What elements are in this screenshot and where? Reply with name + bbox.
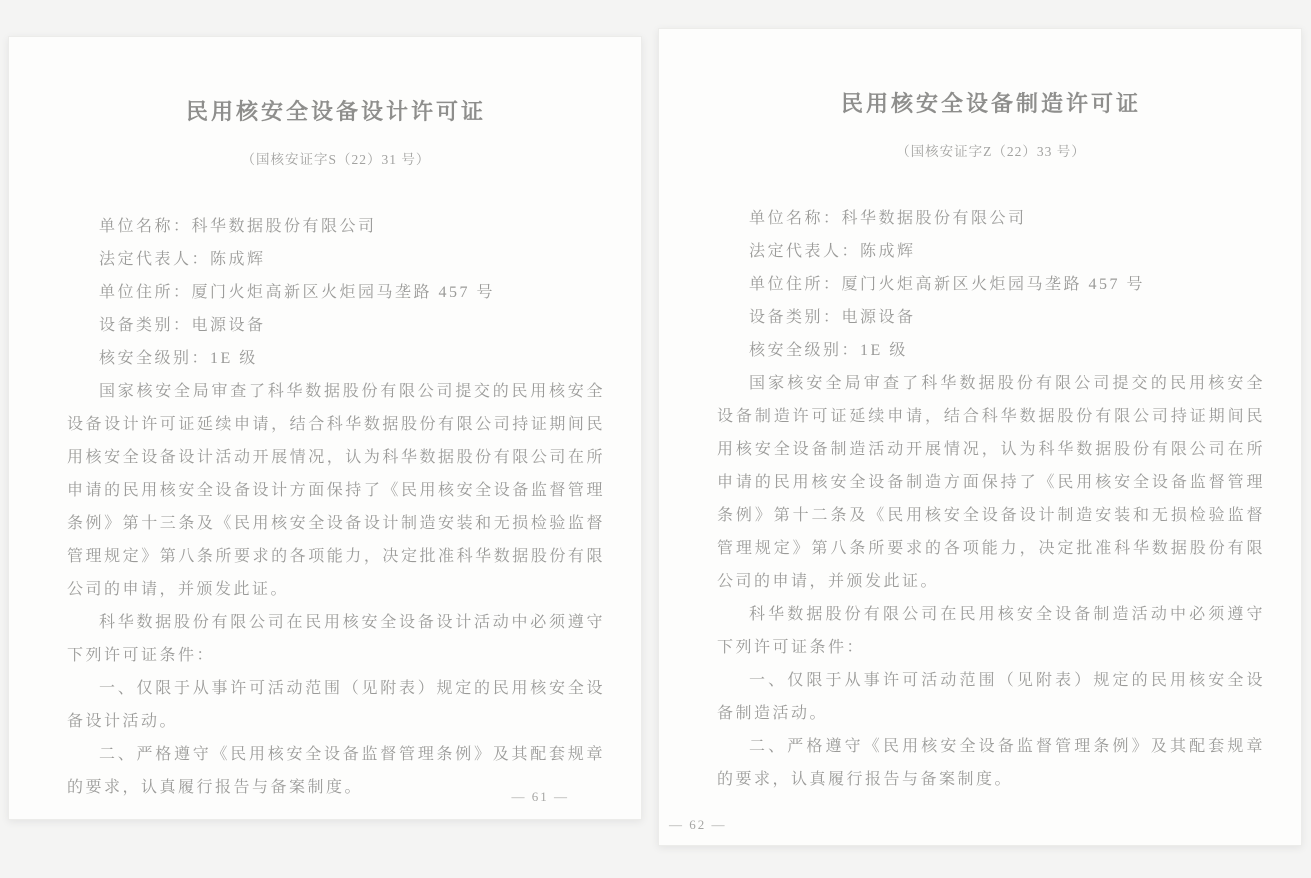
field-safety-level: 核安全级别：1E 级 <box>67 342 605 375</box>
paragraph-condition-1: 一、仅限于从事许可活动范围（见附表）规定的民用核安全设备制造活动。 <box>717 664 1265 730</box>
field-legal-rep: 法定代表人：陈成辉 <box>717 235 1265 268</box>
field-equipment-class: 设备类别：电源设备 <box>67 309 605 342</box>
manufacturing-license-page: 民用核安全设备制造许可证 （国核安证字Z（22）33 号） 单位名称：科华数据股… <box>658 28 1302 846</box>
paragraph-approval: 国家核安全局审查了科华数据股份有限公司提交的民用核安全设备制造许可证延续申请，结… <box>717 367 1265 598</box>
field-equipment-class: 设备类别：电源设备 <box>717 301 1265 334</box>
license-body: 单位名称：科华数据股份有限公司 法定代表人：陈成辉 单位住所：厦门火炬高新区火炬… <box>67 210 605 804</box>
field-address: 单位住所：厦门火炬高新区火炬园马垄路 457 号 <box>67 276 605 309</box>
license-body: 单位名称：科华数据股份有限公司 法定代表人：陈成辉 单位住所：厦门火炬高新区火炬… <box>717 202 1265 796</box>
field-unit-name: 单位名称：科华数据股份有限公司 <box>67 210 605 243</box>
scanned-license-spread: 民用核安全设备设计许可证 （国核安证字S（22）31 号） 单位名称：科华数据股… <box>0 0 1311 878</box>
paragraph-condition-1: 一、仅限于从事许可活动范围（见附表）规定的民用核安全设备设计活动。 <box>67 672 605 738</box>
paragraph-conditions-intro: 科华数据股份有限公司在民用核安全设备制造活动中必须遵守下列许可证条件： <box>717 598 1265 664</box>
paragraph-condition-2: 二、严格遵守《民用核安全设备监督管理条例》及其配套规章的要求，认真履行报告与备案… <box>717 730 1265 796</box>
page-title: 民用核安全设备设计许可证 <box>67 95 605 126</box>
license-number: （国核安证字Z（22）33 号） <box>717 140 1265 160</box>
page-number: — 62 — <box>669 817 727 833</box>
manufacturing-license-page-content: 民用核安全设备制造许可证 （国核安证字Z（22）33 号） 单位名称：科华数据股… <box>659 29 1301 845</box>
field-address: 单位住所：厦门火炬高新区火炬园马垄路 457 号 <box>717 268 1265 301</box>
design-license-page-content: 民用核安全设备设计许可证 （国核安证字S（22）31 号） 单位名称：科华数据股… <box>9 37 641 819</box>
design-license-page: 民用核安全设备设计许可证 （国核安证字S（22）31 号） 单位名称：科华数据股… <box>8 36 642 820</box>
page-number: — 61 — <box>512 789 570 805</box>
paragraph-approval: 国家核安全局审查了科华数据股份有限公司提交的民用核安全设备设计许可证延续申请，结… <box>67 375 605 606</box>
page-title: 民用核安全设备制造许可证 <box>717 87 1265 118</box>
paragraph-conditions-intro: 科华数据股份有限公司在民用核安全设备设计活动中必须遵守下列许可证条件： <box>67 606 605 672</box>
field-unit-name: 单位名称：科华数据股份有限公司 <box>717 202 1265 235</box>
field-safety-level: 核安全级别：1E 级 <box>717 334 1265 367</box>
license-number: （国核安证字S（22）31 号） <box>67 148 605 168</box>
field-legal-rep: 法定代表人：陈成辉 <box>67 243 605 276</box>
